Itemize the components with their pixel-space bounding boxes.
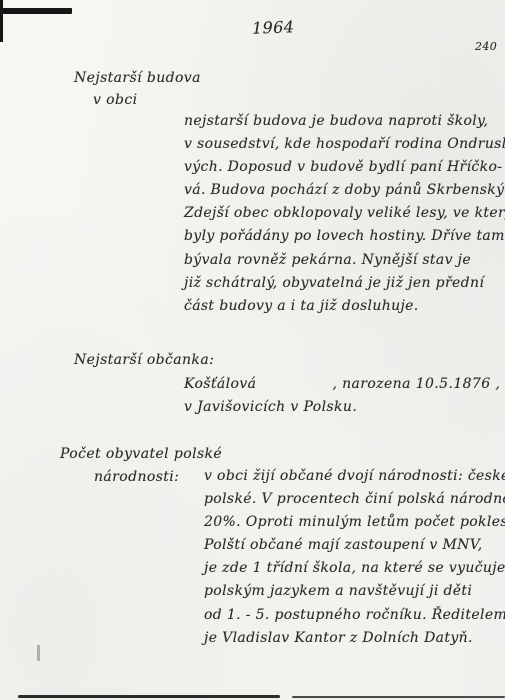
scan-artifact-bottom-line	[18, 695, 280, 698]
year-heading: 1964	[252, 17, 295, 37]
section-heading-oldest-citizen: Nejstarší občanka:	[74, 352, 214, 368]
handwritten-line: Zdejší obec obklopovaly veliké lesy, ve …	[184, 202, 505, 225]
paragraph-oldest-building: nejstarší budova je budova naproti školy…	[184, 110, 505, 318]
scan-artifact-left-edge	[0, 0, 3, 42]
chronicle-scan-page: 1964 240 Nejstarší budova v obci nejstar…	[0, 0, 505, 700]
handwritten-line: vá. Budova pochází z doby pánů Skrbenský…	[184, 179, 505, 202]
paragraph-population: v obci žijí občané dvojí národnosti: čes…	[204, 465, 505, 650]
handwritten-line: byly pořádány po lovech hostiny. Dříve t…	[184, 225, 505, 248]
handwritten-line: od 1. - 5. postupného ročníku. Ředitelem	[204, 604, 505, 627]
handwritten-line: v obci žijí občané dvojí národnosti: čes…	[204, 465, 505, 488]
handwritten-line: je zde 1 třídní škola, na které se vyuču…	[204, 557, 505, 580]
scan-artifact-top-bar	[0, 8, 72, 14]
citizen-birthplace-line: v Javišovicích v Polsku.	[184, 399, 357, 415]
section-heading-oldest-building-sub: v obci	[93, 92, 137, 108]
section-heading-population: Počet obyvatel polské	[60, 446, 222, 462]
section-heading-population-sub: národnosti:	[94, 469, 179, 485]
scan-artifact-smudge	[37, 645, 40, 661]
oldest-citizen-line: Košťálová, narozena 10.5.1876 ,	[184, 376, 500, 392]
handwritten-line: je Vladislav Kantor z Dolních Datyň.	[204, 627, 505, 650]
handwritten-line: již schátralý, obyvatelná je již jen pře…	[184, 272, 505, 295]
handwritten-line: nejstarší budova je budova naproti školy…	[184, 110, 505, 133]
handwritten-line: v sousedství, kde hospodaří rodina Ondru…	[184, 133, 505, 156]
handwritten-line: polským jazykem a navštěvují ji děti	[204, 580, 505, 603]
citizen-birth-note: , narozena 10.5.1876 ,	[332, 376, 500, 392]
handwritten-line: bývala rovněž pekárna. Nynější stav je	[184, 249, 505, 272]
section-heading-oldest-building: Nejstarší budova	[74, 70, 201, 86]
handwritten-line: Polští občané mají zastoupení v MNV,	[204, 534, 505, 557]
handwritten-line: 20%. Oproti minulým letům počet poklesl.	[204, 511, 505, 534]
citizen-name: Košťálová	[184, 376, 256, 392]
handwritten-line: část budovy a i ta již dosluhuje.	[184, 295, 505, 318]
scan-artifact-bottom-line	[292, 696, 505, 698]
handwritten-line: polské. V procentech činí polská národno…	[204, 488, 505, 511]
page-number: 240	[475, 40, 497, 53]
handwritten-line: vých. Doposud v budově bydlí paní Hříčko…	[184, 156, 505, 179]
